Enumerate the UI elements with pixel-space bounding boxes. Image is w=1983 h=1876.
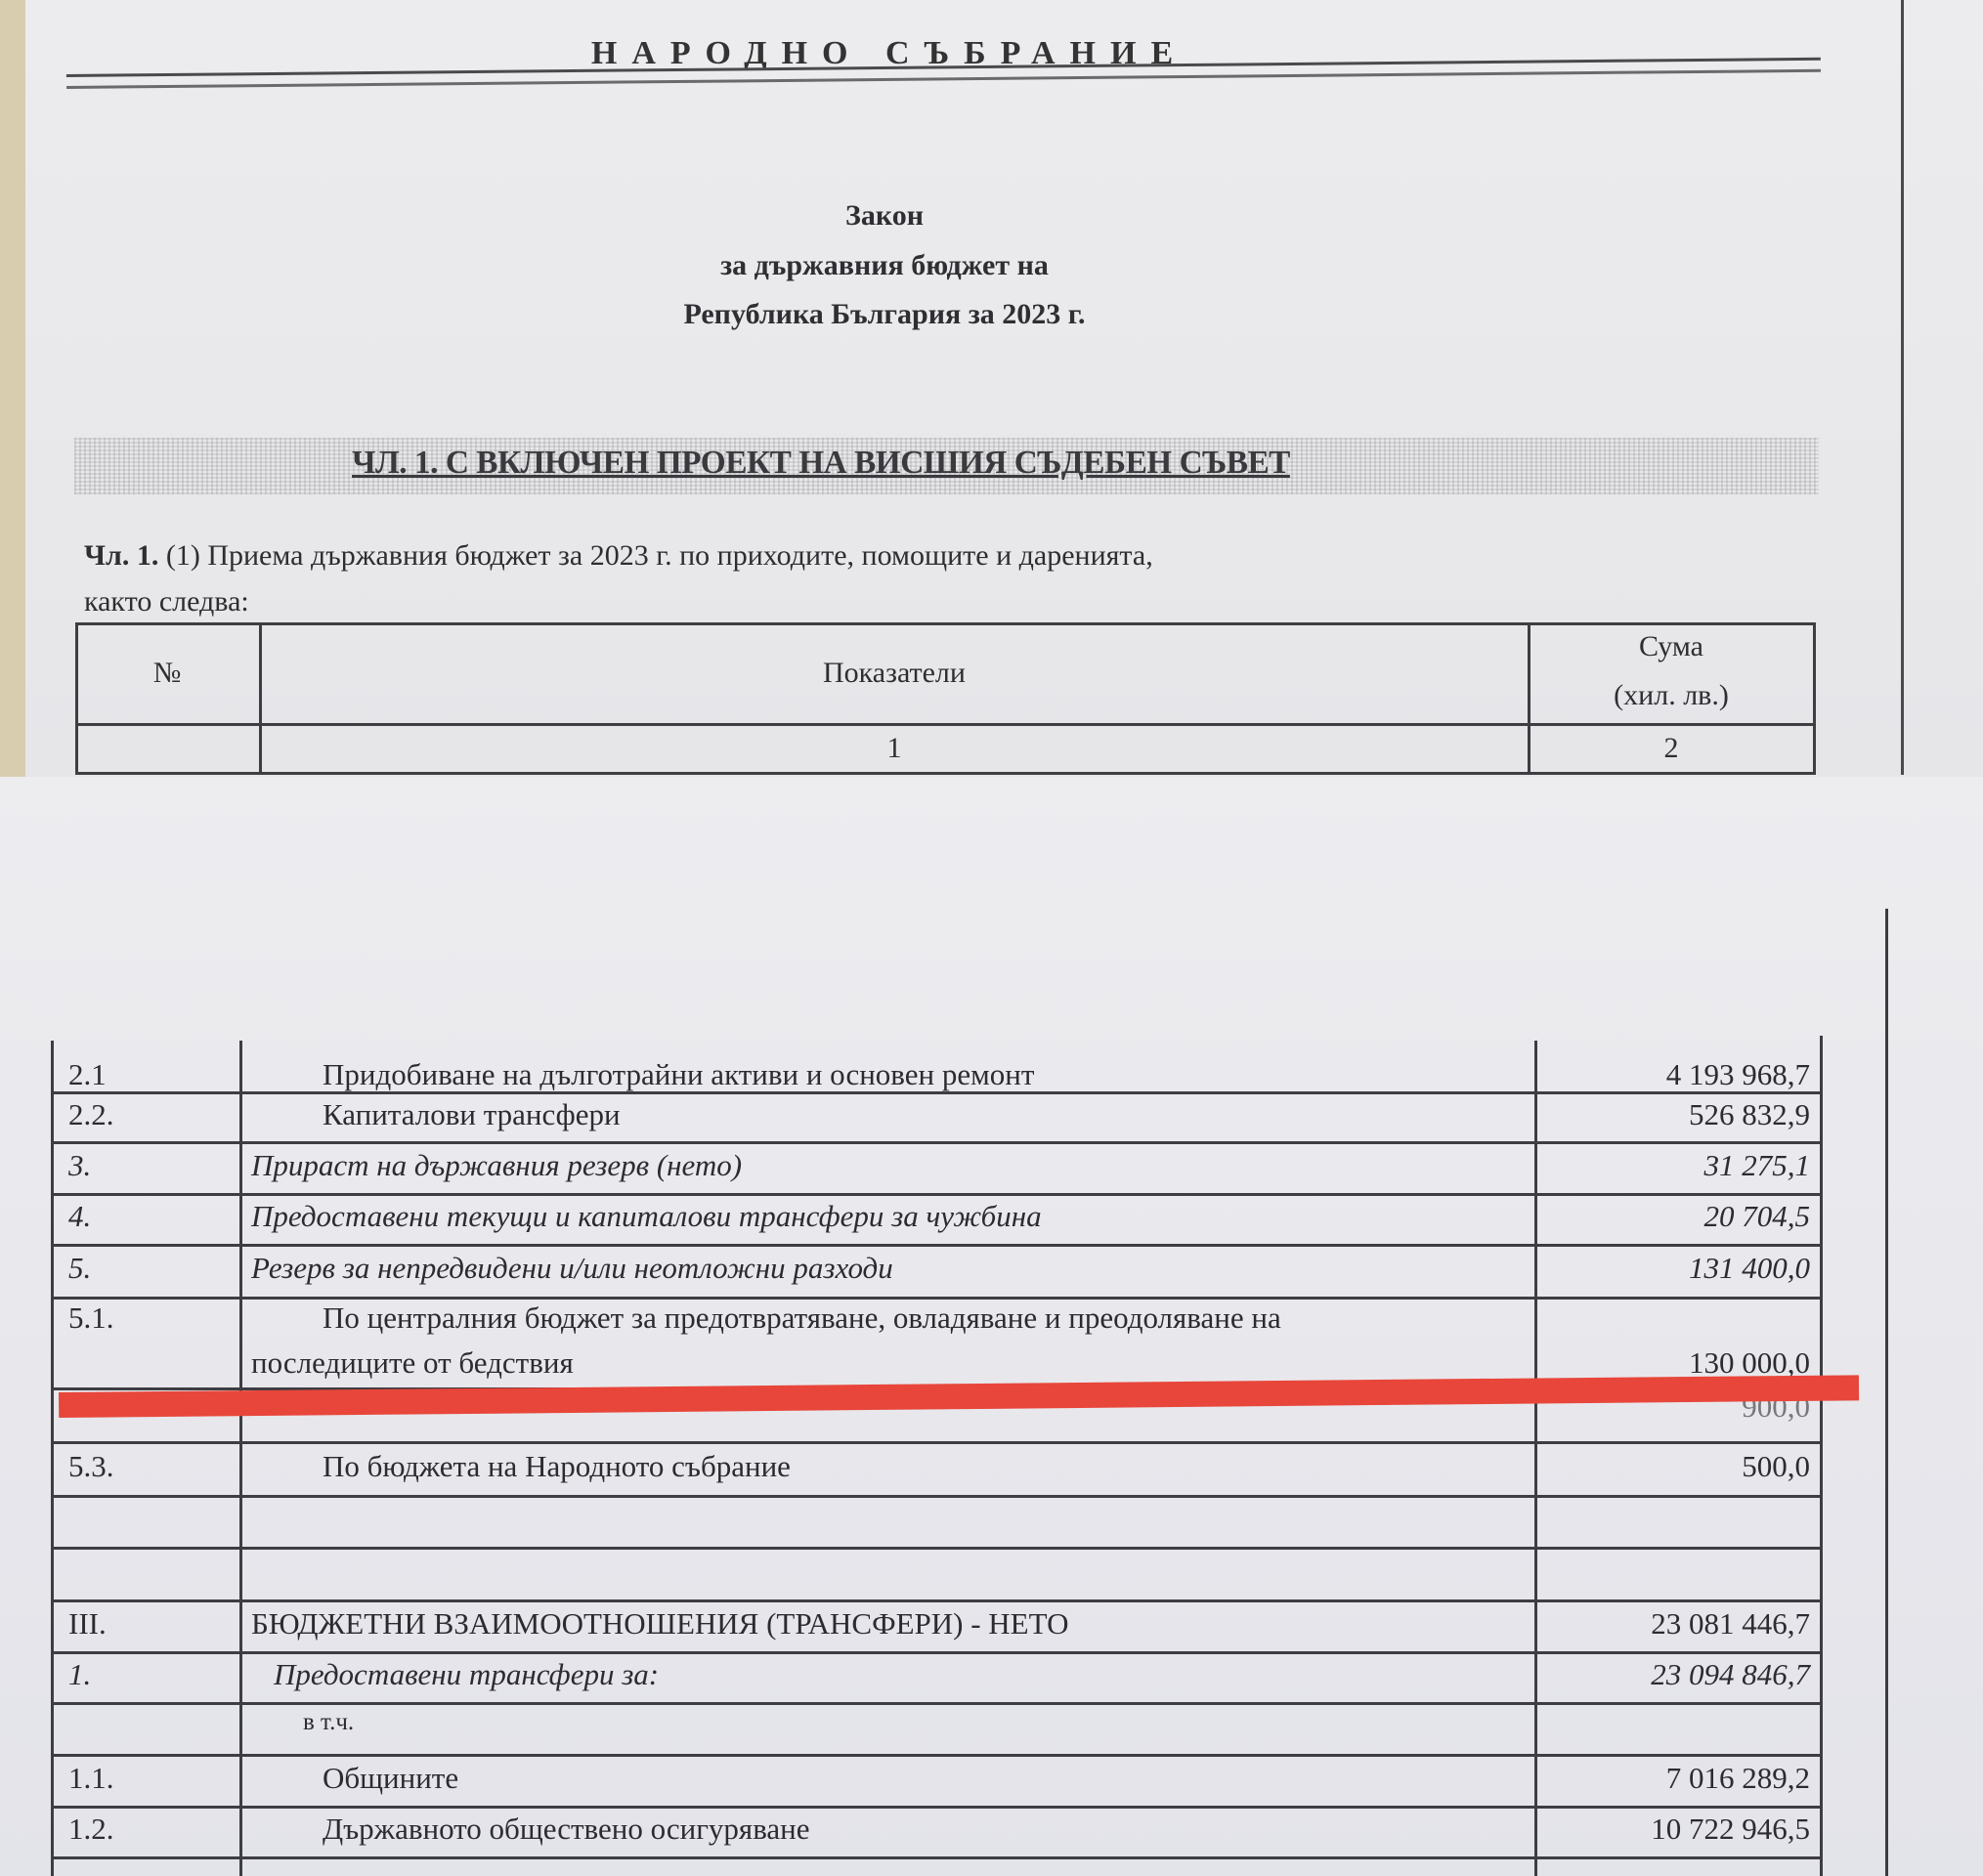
row-value: 10 722 946,5 [1536, 1812, 1810, 1847]
row-number: 3. [68, 1148, 91, 1183]
row-number: 2.1 [68, 1057, 107, 1092]
row-value: 7 016 289,2 [1536, 1761, 1810, 1796]
row-label: Резерв за непредвидени и/или неотложни р… [251, 1251, 893, 1286]
row-value: 23 081 446,7 [1536, 1606, 1810, 1641]
row-label: в т.ч. [303, 1709, 354, 1736]
row-value: 23 094 846,7 [1536, 1657, 1810, 1692]
row-number: 2.2. [68, 1097, 114, 1132]
row-label: Общините [323, 1761, 458, 1796]
table-rule [1820, 1036, 1823, 1876]
table-rule [51, 1856, 1823, 1859]
row-label-continued: последиците от бедствия [251, 1345, 574, 1381]
row-number: 1.1. [68, 1761, 114, 1796]
row-number: 4. [68, 1199, 91, 1234]
row-value: 526 832,9 [1536, 1097, 1810, 1132]
row-value: 500,0 [1536, 1449, 1810, 1484]
row-label: Предоставени трансфери за: [274, 1657, 659, 1692]
row-number: III. [68, 1606, 107, 1641]
row-label: По централния бюджет за предотвратяване,… [323, 1300, 1281, 1336]
row-value: 4 193 968,7 [1536, 1057, 1810, 1092]
table-row [51, 1495, 1820, 1547]
row-number: 5. [68, 1251, 91, 1286]
row-label: Държавното обществено осигуряване [323, 1812, 810, 1847]
row-number: 1.2. [68, 1812, 114, 1847]
row-label: По бюджета на Народното събрание [323, 1449, 791, 1484]
budget-table: 2.1Придобиване на дълготрайни активи и о… [0, 0, 1983, 1876]
table-row [51, 1547, 1820, 1599]
row-label: Придобиване на дълготрайни активи и осно… [323, 1057, 1034, 1092]
row-value: 131 400,0 [1536, 1251, 1810, 1286]
row-number: 5.1. [68, 1300, 114, 1336]
row-label: Предоставени текущи и капиталови трансфе… [251, 1199, 1042, 1234]
row-number: 5.3. [68, 1449, 114, 1484]
row-number: 1. [68, 1657, 91, 1692]
row-value: 31 275,1 [1536, 1148, 1810, 1183]
row-label: БЮДЖЕТНИ ВЗАИМООТНОШЕНИЯ (ТРАНСФЕРИ) - Н… [251, 1606, 1069, 1641]
row-label: Прираст на държавния резерв (нето) [251, 1148, 742, 1183]
row-label: Капиталови трансфери [323, 1097, 621, 1132]
row-value: 20 704,5 [1536, 1199, 1810, 1234]
